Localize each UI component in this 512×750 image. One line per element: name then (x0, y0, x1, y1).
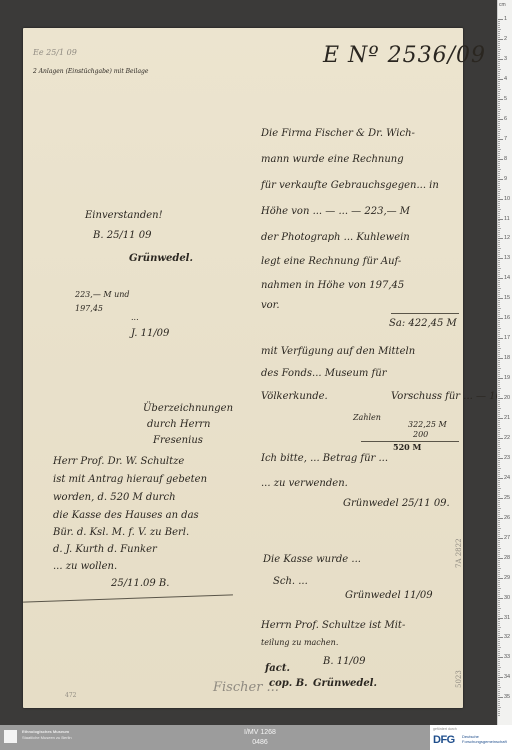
ruler-minor-tick (498, 554, 500, 555)
ruler-minor-tick (498, 480, 500, 481)
ruler-minor-tick (498, 290, 500, 291)
ruler-minor-tick (498, 282, 500, 283)
ruler-minor-tick (498, 211, 500, 212)
ruler-minor-tick (498, 117, 500, 118)
ruler-minor-tick (498, 109, 501, 110)
ruler-minor-tick (498, 488, 501, 489)
museum-subtitle: Staatliche Museen zu Berlin (22, 735, 72, 741)
inventory-ident: I/MV 1268 0486 (230, 728, 290, 748)
ruler-tick (498, 59, 503, 60)
ruler-minor-tick (498, 643, 500, 644)
ruler-minor-tick (498, 625, 500, 626)
ruler-minor-tick (498, 310, 500, 311)
ruler-minor-tick (498, 699, 500, 700)
ruler-minor-tick (498, 254, 500, 255)
ruler-minor-tick (498, 183, 500, 184)
request-line: ... zu verwenden. (261, 478, 348, 489)
ruler-minor-tick (498, 715, 500, 716)
ruler-minor-tick (498, 440, 500, 441)
letter-line: Höhe von ... — ... — 223,— M (261, 206, 410, 217)
ruler-minor-tick (498, 113, 500, 114)
ruler-minor-tick (498, 29, 501, 30)
ruler-minor-tick (498, 492, 500, 493)
ruler-minor-tick (498, 242, 500, 243)
ruler-minor-tick (498, 33, 500, 34)
ruler-minor-tick (498, 490, 500, 491)
ruler-minor-tick (498, 105, 500, 106)
ruler-minor-tick (498, 270, 500, 271)
ruler-minor-tick (498, 434, 500, 435)
ruler-minor-tick (498, 95, 500, 96)
signature-fact: fact. (265, 663, 290, 674)
ruler-minor-tick (498, 264, 500, 265)
ruler-number: 16 (504, 315, 510, 321)
ruler-minor-tick (498, 639, 500, 640)
transfer-note: durch Herrn (147, 419, 210, 430)
ruler-minor-tick (498, 260, 500, 261)
ruler-minor-tick (498, 590, 500, 591)
ruler-minor-tick (498, 340, 500, 341)
ruler-minor-tick (498, 516, 500, 517)
ruler-minor-tick (498, 655, 500, 656)
ruler-number: 26 (504, 515, 510, 521)
ruler-minor-tick (498, 414, 500, 415)
ruler-tick (498, 558, 503, 559)
ruler-minor-tick (498, 147, 500, 148)
ruler-minor-tick (498, 689, 500, 690)
ruler-tick (498, 139, 503, 140)
ruler-minor-tick (498, 348, 501, 349)
ruler-minor-tick (498, 504, 500, 505)
professor-note: d. J. Kurth d. Funker (53, 544, 157, 555)
ruler-minor-tick (498, 671, 500, 672)
ruler-minor-tick (498, 177, 500, 178)
ruler-minor-tick (498, 448, 501, 449)
ruler-minor-tick (498, 201, 500, 202)
ruler-minor-tick (498, 286, 500, 287)
ruler-minor-tick (498, 268, 501, 269)
ruler-minor-tick (498, 222, 500, 223)
ruler-minor-tick (498, 574, 500, 575)
ruler-number: 23 (504, 455, 510, 461)
ruler-minor-tick (498, 566, 500, 567)
ruler-minor-tick (498, 386, 500, 387)
ruler-minor-tick (498, 661, 500, 662)
ruler-minor-tick (498, 530, 500, 531)
ruler-minor-tick (498, 390, 500, 391)
ruler-minor-tick (498, 548, 501, 549)
ruler-minor-tick (498, 334, 500, 335)
ruler-minor-tick (498, 226, 500, 227)
margin-note: J. 11/09 (131, 328, 169, 339)
ruler-minor-tick (498, 314, 500, 315)
ruler-minor-tick (498, 256, 500, 257)
ruler-minor-tick (498, 669, 500, 670)
ruler-minor-tick (498, 691, 500, 692)
ruler-minor-tick (498, 187, 500, 188)
ruler-minor-tick (498, 240, 500, 241)
ruler-tick (498, 697, 503, 698)
ruler-minor-tick (498, 322, 500, 323)
ruler-number: 28 (504, 555, 510, 561)
ruler-minor-tick (498, 153, 500, 154)
ruler-minor-tick (498, 396, 500, 397)
ruler-minor-tick (498, 526, 500, 527)
ruler-number: 10 (504, 196, 510, 202)
ruler-tick (498, 378, 503, 379)
ruler-minor-tick (498, 75, 500, 76)
ruler-minor-tick (498, 224, 500, 225)
ruler-minor-tick (498, 582, 500, 583)
ruler-minor-tick (498, 167, 500, 168)
letter-line: Die Firma Fischer & Dr. Wich- (261, 128, 415, 139)
ruler-minor-tick (498, 532, 500, 533)
professor-note: Bür. d. Ksl. M. f. V. zu Berl. (53, 527, 189, 538)
ruler-minor-tick (498, 123, 500, 124)
ruler-minor-tick (498, 667, 501, 668)
ruler-minor-tick (498, 444, 500, 445)
dfg-name-line-2: Forschungsgemeinschaft (462, 739, 507, 744)
ruler-minor-tick (498, 388, 501, 389)
ruler-minor-tick (498, 540, 500, 541)
ruler-minor-tick (498, 312, 500, 313)
calc-line-2: 200 (413, 430, 428, 439)
ruler-minor-tick (498, 131, 500, 132)
ruler-minor-tick (498, 580, 500, 581)
ruler-minor-tick (498, 629, 500, 630)
ruler-tick (498, 657, 503, 658)
ruler-number: 19 (504, 375, 510, 381)
ruler-number: 25 (504, 495, 510, 501)
ruler-minor-tick (498, 621, 500, 622)
ruler-minor-tick (498, 69, 501, 70)
ruler-minor-tick (498, 236, 500, 237)
ruler-number: 32 (504, 634, 510, 640)
ruler-number: 30 (504, 595, 510, 601)
page-pencil-number: 472 (65, 692, 76, 699)
ruler-minor-tick (498, 350, 500, 351)
ruler-tick (498, 478, 503, 479)
ruler-minor-tick (498, 384, 500, 385)
ruler-minor-tick (498, 454, 500, 455)
ruler-minor-tick (498, 320, 500, 321)
ruler-tick (498, 318, 503, 319)
ruler-minor-tick (498, 133, 500, 134)
ruler-minor-tick (498, 402, 500, 403)
ruler-minor-tick (498, 220, 500, 221)
ruler-minor-tick (498, 346, 500, 347)
ruler-minor-tick (498, 248, 501, 249)
ruler-minor-tick (498, 65, 500, 66)
ruler-minor-tick (498, 514, 500, 515)
ruler-minor-tick (498, 614, 500, 615)
archive-footer: Ethnologisches Museum Staatliche Museen … (0, 725, 430, 750)
ruler-minor-tick (498, 127, 500, 128)
ruler-minor-tick (498, 47, 500, 48)
ruler-minor-tick (498, 552, 500, 553)
ruler-number: 27 (504, 535, 510, 541)
inventory-id: I/MV 1268 (230, 728, 290, 738)
ruler-minor-tick (498, 406, 500, 407)
top-left-note-2: 2 Anlagen (Einstüchgabe) mit Beilage (33, 68, 148, 75)
ruler-minor-tick (498, 129, 501, 130)
ruler-minor-tick (498, 707, 501, 708)
ruler-minor-tick (498, 426, 500, 427)
ruler-minor-tick (498, 713, 500, 714)
ruler-minor-tick (498, 665, 500, 666)
ruler-minor-tick (498, 586, 500, 587)
ruler-tick (498, 298, 503, 299)
ruler-minor-tick (498, 300, 500, 301)
ruler-number: 5 (504, 96, 507, 102)
lower-right-line: Die Kasse wurde ... (263, 554, 361, 565)
ruler-minor-tick (498, 506, 500, 507)
ruler-minor-tick (498, 412, 500, 413)
ruler-minor-tick (498, 711, 500, 712)
ruler-number: 3 (504, 56, 507, 62)
ruler-minor-tick (498, 705, 500, 706)
ruler-minor-tick (498, 703, 500, 704)
dfg-name: Deutsche Forschungsgemeinschaft (462, 734, 507, 744)
ruler-minor-tick (498, 647, 501, 648)
professor-note: Herr Prof. Dr. W. Schultze (53, 456, 184, 467)
ruler-minor-tick (498, 528, 501, 529)
letter-line: für verkaufte Gebrauchsgegen... in (261, 180, 439, 191)
ruler-number: 17 (504, 335, 510, 341)
ruler-minor-tick (498, 486, 500, 487)
ruler-tick (498, 677, 503, 678)
ruler-minor-tick (498, 284, 500, 285)
scan-viewport: Ee 25/1 09 2 Anlagen (Einstüchgabe) mit … (0, 0, 497, 725)
ruler-number: 34 (504, 674, 510, 680)
ruler-tick (498, 438, 503, 439)
ruler-minor-tick (498, 600, 500, 601)
ruler-minor-tick (498, 649, 500, 650)
ruler-minor-tick (498, 588, 501, 589)
ruler-minor-tick (498, 143, 500, 144)
ruler-minor-tick (498, 43, 500, 44)
ruler-minor-tick (498, 57, 500, 58)
professor-note: worden, d. 520 M durch (53, 492, 176, 503)
ruler-number: 35 (504, 694, 510, 700)
dfg-credit: gefördert durch DFG Deutsche Forschungsg… (430, 725, 512, 750)
transfer-note: Überzeichnungen (143, 403, 233, 414)
ruler-minor-tick (498, 683, 500, 684)
ruler-minor-tick (498, 619, 500, 620)
sum-rule (391, 313, 459, 314)
museum-logo-icon (4, 730, 17, 743)
ruler-tick (498, 119, 503, 120)
ruler-minor-tick (498, 157, 500, 158)
ruler-minor-tick (498, 422, 500, 423)
ruler-minor-tick (498, 508, 501, 509)
ruler-minor-tick (498, 330, 500, 331)
ruler-minor-tick (498, 380, 500, 381)
ruler-minor-tick (498, 500, 500, 501)
ruler-minor-tick (498, 596, 500, 597)
ruler-minor-tick (498, 91, 500, 92)
ruler-minor-tick (498, 53, 500, 54)
ruler-minor-tick (498, 468, 501, 469)
ruler-tick (498, 159, 503, 160)
ruler-minor-tick (498, 450, 500, 451)
ruler-minor-tick (498, 604, 500, 605)
ruler-minor-tick (498, 185, 500, 186)
ruler-minor-tick (498, 165, 500, 166)
margin-note: Grünwedel. (129, 253, 193, 264)
ruler-minor-tick (498, 163, 500, 164)
side-stamp: 5023 (455, 670, 463, 688)
ruler-minor-tick (498, 675, 500, 676)
ruler-minor-tick (498, 408, 501, 409)
ruler-minor-tick (498, 362, 500, 363)
ruler-minor-tick (498, 21, 500, 22)
ruler-minor-tick (498, 416, 500, 417)
ruler-tick (498, 538, 503, 539)
ruler-minor-tick (498, 512, 500, 513)
ruler-minor-tick (498, 246, 500, 247)
ruler-minor-tick (498, 653, 500, 654)
ruler-number: 21 (504, 415, 510, 421)
ruler-minor-tick (498, 584, 500, 585)
ruler-minor-tick (498, 372, 500, 373)
ruler-minor-tick (498, 288, 501, 289)
ruler-minor-tick (498, 382, 500, 383)
ruler-minor-tick (498, 250, 500, 251)
margin-note: B. 25/11 09 (93, 230, 151, 241)
ruler-minor-tick (498, 141, 500, 142)
museum-credit: Ethnologisches Museum Staatliche Museen … (22, 729, 72, 741)
ruler-minor-tick (498, 446, 500, 447)
ruler-minor-tick (498, 404, 500, 405)
ruler-tick (498, 618, 503, 619)
ruler-minor-tick (498, 456, 500, 457)
ruler-minor-tick (498, 701, 500, 702)
total-line: Sa: 422,45 M (389, 318, 457, 329)
ruler-minor-tick (498, 276, 500, 277)
ruler-number: 22 (504, 435, 510, 441)
ruler-minor-tick (498, 494, 500, 495)
ruler-minor-tick (498, 308, 501, 309)
ruler-minor-tick (498, 522, 500, 523)
ruler-minor-tick (498, 679, 500, 680)
margin-note: 223,— M und (75, 290, 130, 299)
ruler-minor-tick (498, 627, 501, 628)
ruler-number: 15 (504, 295, 510, 301)
ruler-number: 13 (504, 255, 510, 261)
letter-line: legt eine Rechnung für Auf- (261, 256, 401, 267)
ruler-tick (498, 518, 503, 519)
lower-right-line: B. 11/09 (323, 656, 366, 667)
margin-note: 197,45 (75, 304, 103, 313)
ruler-tick (498, 398, 503, 399)
funded-by: gefördert durch (433, 727, 457, 731)
ruler-minor-tick (498, 366, 500, 367)
ruler-minor-tick (498, 442, 500, 443)
ruler-minor-tick (498, 115, 500, 116)
underline-stroke (23, 594, 233, 602)
ruler-minor-tick (498, 570, 500, 571)
ruler-minor-tick (498, 356, 500, 357)
ruler-minor-tick (498, 544, 500, 545)
ruler-minor-tick (498, 470, 500, 471)
margin-note: ... (131, 313, 139, 322)
ruler-minor-tick (498, 709, 500, 710)
ruler-minor-tick (498, 217, 500, 218)
ruler-minor-tick (498, 663, 500, 664)
ruler-minor-tick (498, 203, 500, 204)
ruler-minor-tick (498, 392, 500, 393)
ruler-tick (498, 79, 503, 80)
ruler-minor-tick (498, 175, 500, 176)
ruler-minor-tick (498, 536, 500, 537)
ruler-minor-tick (498, 568, 501, 569)
ruler-minor-tick (498, 376, 500, 377)
ruler-minor-tick (498, 37, 500, 38)
ruler-minor-tick (498, 83, 500, 84)
ruler-minor-tick (498, 424, 500, 425)
ruler-minor-tick (498, 103, 500, 104)
ruler-minor-tick (498, 360, 500, 361)
ruler-minor-tick (498, 608, 501, 609)
ruler-minor-tick (498, 623, 500, 624)
ruler-minor-tick (498, 306, 500, 307)
ruler-minor-tick (498, 576, 500, 577)
ruler-minor-tick (498, 394, 500, 395)
ruler-minor-tick (498, 592, 500, 593)
ruler-minor-tick (498, 510, 500, 511)
ruler-minor-tick (498, 35, 500, 36)
ruler-number: 1 (504, 16, 507, 22)
ruler-minor-tick (498, 49, 501, 50)
letter-line: der Photograph ... Kuhlewein (261, 232, 410, 243)
ruler-minor-tick (498, 520, 500, 521)
ruler-minor-tick (498, 137, 500, 138)
letter-line: vor. (261, 300, 280, 311)
ruler-minor-tick (498, 149, 501, 150)
ruler-tick (498, 99, 503, 100)
ruler-minor-tick (498, 496, 500, 497)
ruler-minor-tick (498, 645, 500, 646)
ruler-number: 7 (504, 136, 507, 142)
ruler-minor-tick (498, 572, 500, 573)
ruler-unit: cm (499, 2, 506, 8)
ruler-minor-tick (498, 135, 500, 136)
ruler-minor-tick (498, 641, 500, 642)
ruler-number: 9 (504, 176, 507, 182)
calc-label: Zahlen (353, 413, 381, 422)
ruler-minor-tick (498, 368, 501, 369)
ruler-minor-tick (498, 111, 500, 112)
lower-right-line: Grünwedel 11/09 (345, 590, 433, 601)
ruler-minor-tick (498, 228, 501, 229)
ruler-minor-tick (498, 484, 500, 485)
ruler-minor-tick (498, 234, 500, 235)
ruler-minor-tick (498, 542, 500, 543)
ruler-tick (498, 199, 503, 200)
ruler-minor-tick (498, 73, 500, 74)
lower-right-line: Grünwedel. (313, 678, 377, 689)
ruler-minor-tick (498, 252, 500, 253)
ruler-minor-tick (498, 25, 500, 26)
ruler-minor-tick (498, 352, 500, 353)
ruler-tick (498, 179, 503, 180)
ruler-minor-tick (498, 344, 500, 345)
ruler-minor-tick (498, 562, 500, 563)
ruler-minor-tick (498, 602, 500, 603)
ruler-minor-tick (498, 193, 500, 194)
ruler-minor-tick (498, 364, 500, 365)
